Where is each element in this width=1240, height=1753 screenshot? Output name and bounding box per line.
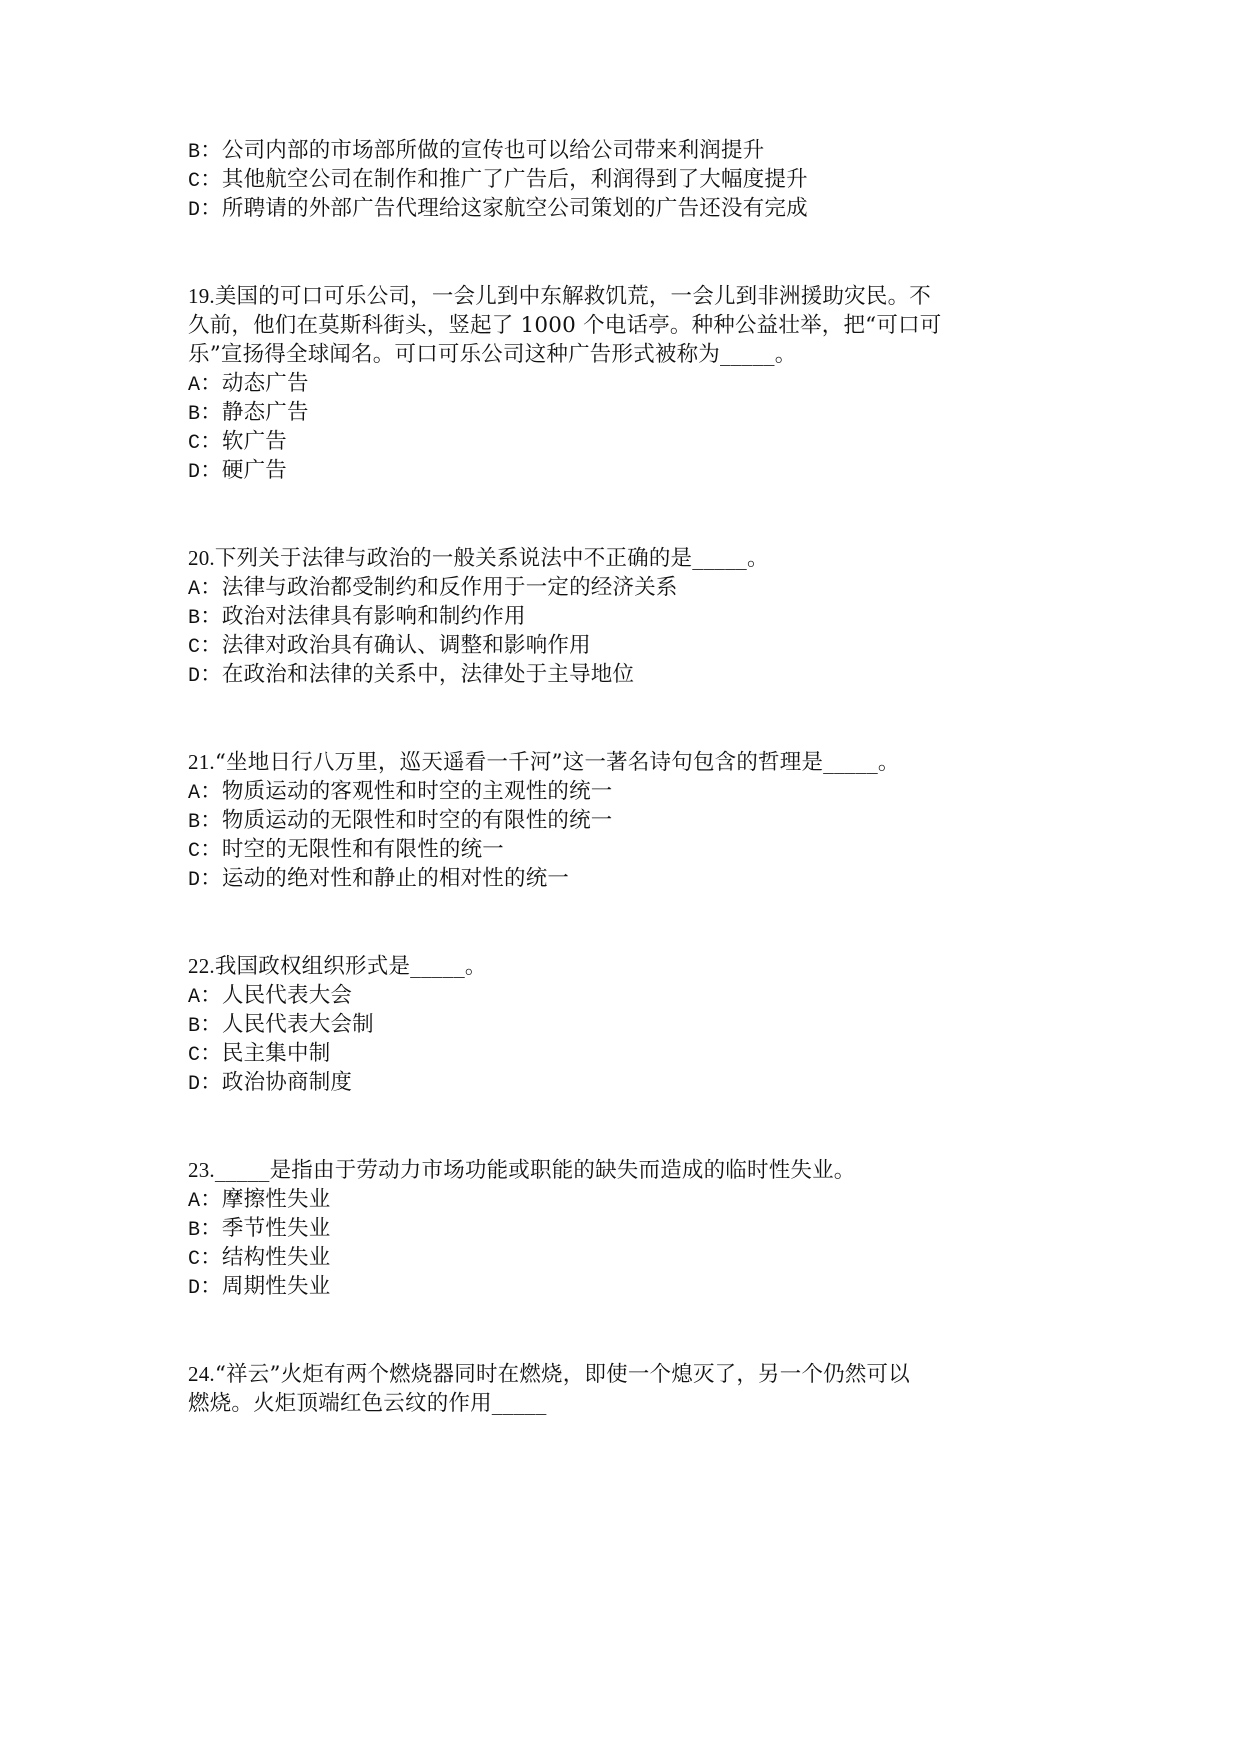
option-separator: ： — [200, 458, 222, 483]
option-separator: ： — [200, 604, 222, 629]
option-letter: B — [188, 400, 200, 429]
option-letter: C — [188, 167, 200, 196]
option-letter: C — [188, 1041, 200, 1070]
question-stem-line: 燃烧。火炬顶端红色云纹的作用_____ — [188, 1389, 1058, 1418]
option-letter: C — [188, 837, 200, 866]
option-text: 政治协商制度 — [222, 1070, 352, 1095]
question-stem-line: 乐”宣扬得全球闻名。可口可乐公司这种广告形式被称为_____。 — [188, 340, 1058, 369]
option-letter: D — [188, 866, 200, 895]
option-text: 时空的无限性和有限性的统一 — [222, 837, 504, 862]
option-separator: ： — [200, 837, 222, 862]
question-stem-text: “坐地日行八万里，巡天遥看一千河”这一著名诗句包含的哲理是_____。 — [215, 750, 900, 775]
option-d: D：周期性失业 — [188, 1272, 1058, 1301]
option-separator: ： — [200, 167, 222, 192]
option-b: B：静态广告 — [188, 398, 1058, 427]
question-stem-line: 22.我国政权组织形式是_____。 — [188, 952, 1058, 981]
option-letter: D — [188, 458, 200, 487]
question-stem-line: 19.美国的可口可乐公司，一会儿到中东解救饥荒，一会儿到非洲援助灾民。不 — [188, 282, 1058, 311]
question-stem-text: _____是指由于劳动力市场功能或职能的缺失而造成的临时性失业。 — [215, 1158, 856, 1183]
option-letter: A — [188, 1187, 200, 1216]
option-b: B：物质运动的无限性和时空的有限性的统一 — [188, 806, 1058, 835]
option-text: 物质运动的无限性和时空的有限性的统一 — [222, 808, 613, 833]
question-stem-line: 21.“坐地日行八万里，巡天遥看一千河”这一著名诗句包含的哲理是_____。 — [188, 748, 1058, 777]
question-19: 19.美国的可口可乐公司，一会儿到中东解救饥荒，一会儿到非洲援助灾民。不 久前，… — [188, 282, 1058, 485]
option-text: 政治对法律具有影响和制约作用 — [222, 604, 526, 629]
option-separator: ： — [200, 1187, 222, 1212]
option-text: 所聘请的外部广告代理给这家航空公司策划的广告还没有完成 — [222, 196, 808, 221]
option-letter: A — [188, 983, 200, 1012]
option-text: 动态广告 — [222, 371, 309, 396]
question-number: 24. — [188, 1362, 215, 1386]
question-number: 21. — [188, 750, 215, 774]
option-text: 静态广告 — [222, 400, 309, 425]
option-letter: B — [188, 1012, 200, 1041]
option-separator: ： — [200, 633, 222, 658]
option-letter: A — [188, 371, 200, 400]
option-letter: B — [188, 604, 200, 633]
option-b: B：公司内部的市场部所做的宣传也可以给公司带来利润提升 — [188, 136, 1058, 165]
option-separator: ： — [200, 1216, 222, 1241]
option-text: 运动的绝对性和静止的相对性的统一 — [222, 866, 569, 891]
question-stem-text: “祥云”火炬有两个燃烧器同时在燃烧，即使一个熄灭了，另一个仍然可以 — [215, 1362, 910, 1387]
option-letter: B — [188, 1216, 200, 1245]
option-letter: D — [188, 1070, 200, 1099]
question-21: 21.“坐地日行八万里，巡天遥看一千河”这一著名诗句包含的哲理是_____。 A… — [188, 748, 1058, 893]
question-stem-line: 24.“祥云”火炬有两个燃烧器同时在燃烧，即使一个熄灭了，另一个仍然可以 — [188, 1360, 1058, 1389]
option-d: D：在政治和法律的关系中，法律处于主导地位 — [188, 660, 1058, 689]
option-text: 硬广告 — [222, 458, 287, 483]
question-number: 22. — [188, 954, 215, 978]
option-c: C：结构性失业 — [188, 1243, 1058, 1272]
option-separator: ： — [200, 1041, 222, 1066]
option-letter: D — [188, 662, 200, 691]
option-letter: D — [188, 1274, 200, 1303]
option-text: 人民代表大会 — [222, 983, 352, 1008]
question-list: B：公司内部的市场部所做的宣传也可以给公司带来利润提升 C：其他航空公司在制作和… — [188, 136, 1058, 1418]
option-d: D：政治协商制度 — [188, 1068, 1058, 1097]
question-stem-text: 我国政权组织形式是_____。 — [215, 954, 487, 979]
option-text: 季节性失业 — [222, 1216, 331, 1241]
option-d: D：所聘请的外部广告代理给这家航空公司策划的广告还没有完成 — [188, 194, 1058, 223]
question-number: 20. — [188, 546, 215, 570]
option-d: D：运动的绝对性和静止的相对性的统一 — [188, 864, 1058, 893]
option-letter: C — [188, 633, 200, 662]
question-22: 22.我国政权组织形式是_____。 A：人民代表大会 B：人民代表大会制 C：… — [188, 952, 1058, 1097]
option-letter: B — [188, 138, 200, 167]
option-a: A：动态广告 — [188, 369, 1058, 398]
option-separator: ： — [200, 138, 222, 163]
option-text: 摩擦性失业 — [222, 1187, 331, 1212]
option-text: 软广告 — [222, 429, 287, 454]
option-text: 民主集中制 — [222, 1041, 331, 1066]
question-stem-line: 20.下列关于法律与政治的一般关系说法中不正确的是_____。 — [188, 544, 1058, 573]
option-c: C：民主集中制 — [188, 1039, 1058, 1068]
option-text: 法律与政治都受制约和反作用于一定的经济关系 — [222, 575, 678, 600]
option-separator: ： — [200, 1274, 222, 1299]
option-letter: A — [188, 575, 200, 604]
option-letter: D — [188, 196, 200, 225]
option-b: B：人民代表大会制 — [188, 1010, 1058, 1039]
question-23: 23._____是指由于劳动力市场功能或职能的缺失而造成的临时性失业。 A：摩擦… — [188, 1156, 1058, 1301]
option-text: 周期性失业 — [222, 1274, 331, 1299]
option-d: D：硬广告 — [188, 456, 1058, 485]
option-separator: ： — [200, 1070, 222, 1095]
option-separator: ： — [200, 662, 222, 687]
option-separator: ： — [200, 983, 222, 1008]
option-separator: ： — [200, 1245, 222, 1270]
question-stem-line: 23._____是指由于劳动力市场功能或职能的缺失而造成的临时性失业。 — [188, 1156, 1058, 1185]
option-letter: B — [188, 808, 200, 837]
option-letter: C — [188, 1245, 200, 1274]
question-number: 23. — [188, 1158, 215, 1182]
option-c: C：法律对政治具有确认、调整和影响作用 — [188, 631, 1058, 660]
option-c: C：时空的无限性和有限性的统一 — [188, 835, 1058, 864]
option-letter: A — [188, 779, 200, 808]
question-number: 19. — [188, 284, 215, 308]
option-text: 法律对政治具有确认、调整和影响作用 — [222, 633, 591, 658]
option-separator: ： — [200, 575, 222, 600]
option-text: 其他航空公司在制作和推广了广告后，利润得到了大幅度提升 — [222, 167, 808, 192]
option-text: 公司内部的市场部所做的宣传也可以给公司带来利润提升 — [222, 138, 765, 163]
option-separator: ： — [200, 429, 222, 454]
option-separator: ： — [200, 371, 222, 396]
option-b: B：季节性失业 — [188, 1214, 1058, 1243]
question-20: 20.下列关于法律与政治的一般关系说法中不正确的是_____。 A：法律与政治都… — [188, 544, 1058, 689]
document-page: B：公司内部的市场部所做的宣传也可以给公司带来利润提升 C：其他航空公司在制作和… — [0, 0, 1240, 1753]
option-text: 人民代表大会制 — [222, 1012, 374, 1037]
option-separator: ： — [200, 400, 222, 425]
option-c: C：其他航空公司在制作和推广了广告后，利润得到了大幅度提升 — [188, 165, 1058, 194]
question-stem-text: 美国的可口可乐公司，一会儿到中东解救饥荒，一会儿到非洲援助灾民。不 — [215, 284, 931, 309]
option-text: 物质运动的客观性和时空的主观性的统一 — [222, 779, 613, 804]
option-c: C：软广告 — [188, 427, 1058, 456]
question-stem-text: 下列关于法律与政治的一般关系说法中不正确的是_____。 — [215, 546, 769, 571]
option-a: A：法律与政治都受制约和反作用于一定的经济关系 — [188, 573, 1058, 602]
option-a: A：摩擦性失业 — [188, 1185, 1058, 1214]
option-separator: ： — [200, 196, 222, 221]
option-separator: ： — [200, 866, 222, 891]
option-separator: ： — [200, 808, 222, 833]
question-24: 24.“祥云”火炬有两个燃烧器同时在燃烧，即使一个熄灭了，另一个仍然可以 燃烧。… — [188, 1360, 1058, 1418]
option-text: 在政治和法律的关系中，法律处于主导地位 — [222, 662, 634, 687]
option-text: 结构性失业 — [222, 1245, 331, 1270]
continued-question-options: B：公司内部的市场部所做的宣传也可以给公司带来利润提升 C：其他航空公司在制作和… — [188, 136, 1058, 223]
option-separator: ： — [200, 1012, 222, 1037]
option-b: B：政治对法律具有影响和制约作用 — [188, 602, 1058, 631]
option-separator: ： — [200, 779, 222, 804]
option-a: A：人民代表大会 — [188, 981, 1058, 1010]
option-letter: C — [188, 429, 200, 458]
option-a: A：物质运动的客观性和时空的主观性的统一 — [188, 777, 1058, 806]
question-stem-line: 久前，他们在莫斯科街头，竖起了 1000 个电话亭。种种公益壮举，把“可口可 — [188, 311, 1058, 340]
